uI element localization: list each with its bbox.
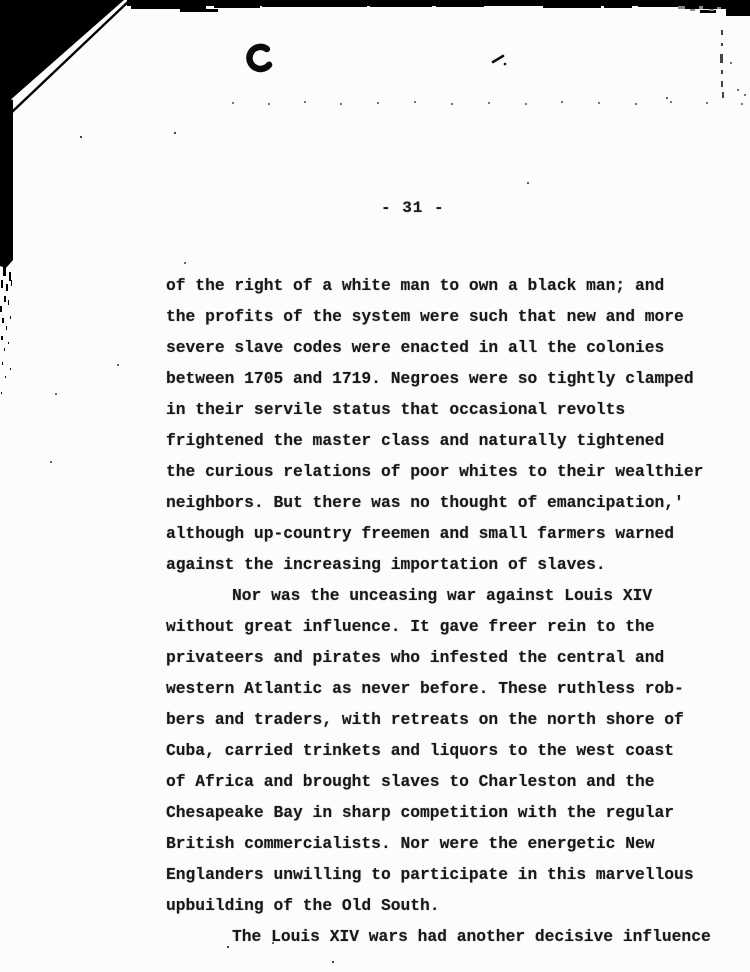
text-line: Englanders unwilling to participate in t… — [166, 859, 711, 890]
text-line: of the right of a white man to own a bla… — [166, 270, 711, 301]
text-line: British commercialists. Nor were the ene… — [166, 828, 711, 859]
left-edge-strip — [0, 96, 13, 394]
text-line: the profits of the system were such that… — [166, 301, 711, 332]
pen-tick-mark — [493, 56, 506, 65]
text-line: neighbors. But there was no thought of e… — [166, 487, 711, 518]
text-line: western Atlantic as never before. These … — [166, 673, 711, 704]
text-line: without great influence. It gave freer r… — [166, 611, 711, 642]
text-line: the curious relations of poor whites to … — [166, 456, 711, 487]
text-line: Cuba, carried trinkets and liquors to th… — [166, 735, 711, 766]
top-edge-bar — [127, 0, 750, 16]
dotted-column-noise — [720, 30, 746, 98]
typewritten-text-body: of the right of a white man to own a bla… — [166, 270, 711, 952]
corner-crease-line — [12, 0, 130, 112]
text-line: severe slave codes were enacted in all t… — [166, 332, 711, 363]
text-line: in their servile status that occasional … — [166, 394, 711, 425]
text-line: The Louis XIV wars had another decisive … — [166, 921, 711, 952]
text-line: upbuilding of the Old South. — [166, 890, 711, 921]
top-right-scan-noise — [678, 6, 721, 11]
text-line: Nor was the unceasing war against Louis … — [166, 580, 711, 611]
text-line: frightened the master class and naturall… — [166, 425, 711, 456]
text-line: Chesapeake Bay in sharp competition with… — [166, 797, 711, 828]
text-line: between 1705 and 1719. Negroes were so t… — [166, 363, 711, 394]
text-line: against the increasing importation of sl… — [166, 549, 711, 580]
text-line: although up-country freemen and small fa… — [166, 518, 711, 549]
text-line: privateers and pirates who infested the … — [166, 642, 711, 673]
text-line: bers and traders, with retreats on the n… — [166, 704, 711, 735]
page-number: - 31 - — [381, 199, 445, 217]
dotted-row-noise — [232, 101, 743, 105]
ink-blot-mark — [248, 46, 269, 70]
page-corner-fold — [0, 0, 130, 112]
text-line: of Africa and brought slaves to Charlest… — [166, 766, 711, 797]
scanned-document-page: - 31 - of the right of a white man to ow… — [0, 0, 750, 972]
